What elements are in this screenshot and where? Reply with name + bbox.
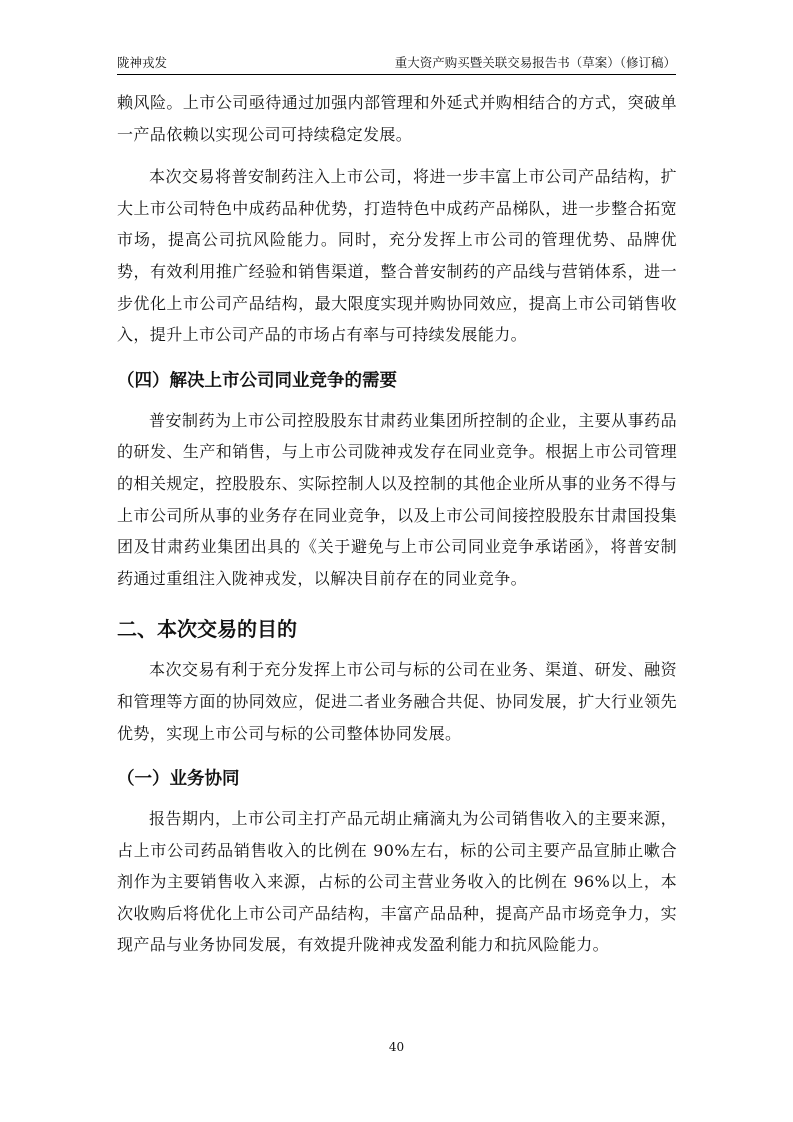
paragraph-competition: 普安制药为上市公司控股股东甘肃药业集团所控制的企业，主要从事药品的研发、生产和销… (117, 405, 677, 595)
paragraph-continued: 赖风险。上市公司亟待通过加强内部管理和外延式并购相结合的方式，突破单一产品依赖以… (117, 87, 677, 150)
section-heading-purpose: 二、本次交易的目的 (117, 614, 677, 644)
header-company-name: 陇神戎发 (117, 52, 167, 74)
page-header: 陇神戎发 重大资产购买暨关联交易报告书（草案）（修订稿） (117, 52, 676, 75)
page-number: 40 (0, 1040, 793, 1054)
subheading-competition: （四）解决上市公司同业竞争的需要 (117, 367, 677, 395)
paragraph-transaction-injection: 本次交易将普安制药注入上市公司，将进一步丰富上市公司产品结构，扩大上市公司特色中… (117, 161, 677, 351)
paragraph-purpose: 本次交易有利于充分发挥上市公司与标的公司在业务、渠道、研发、融资和管理等方面的协… (117, 654, 677, 749)
page-content: 赖风险。上市公司亟待通过加强内部管理和外延式并购相结合的方式，突破单一产品依赖以… (117, 87, 677, 961)
subheading-business-synergy: （一）业务协同 (117, 765, 677, 793)
header-document-title: 重大资产购买暨关联交易报告书（草案）（修订稿） (395, 52, 676, 74)
paragraph-business-synergy: 报告期内，上市公司主打产品元胡止痛滴丸为公司销售收入的主要来源，占上市公司药品销… (117, 803, 677, 961)
